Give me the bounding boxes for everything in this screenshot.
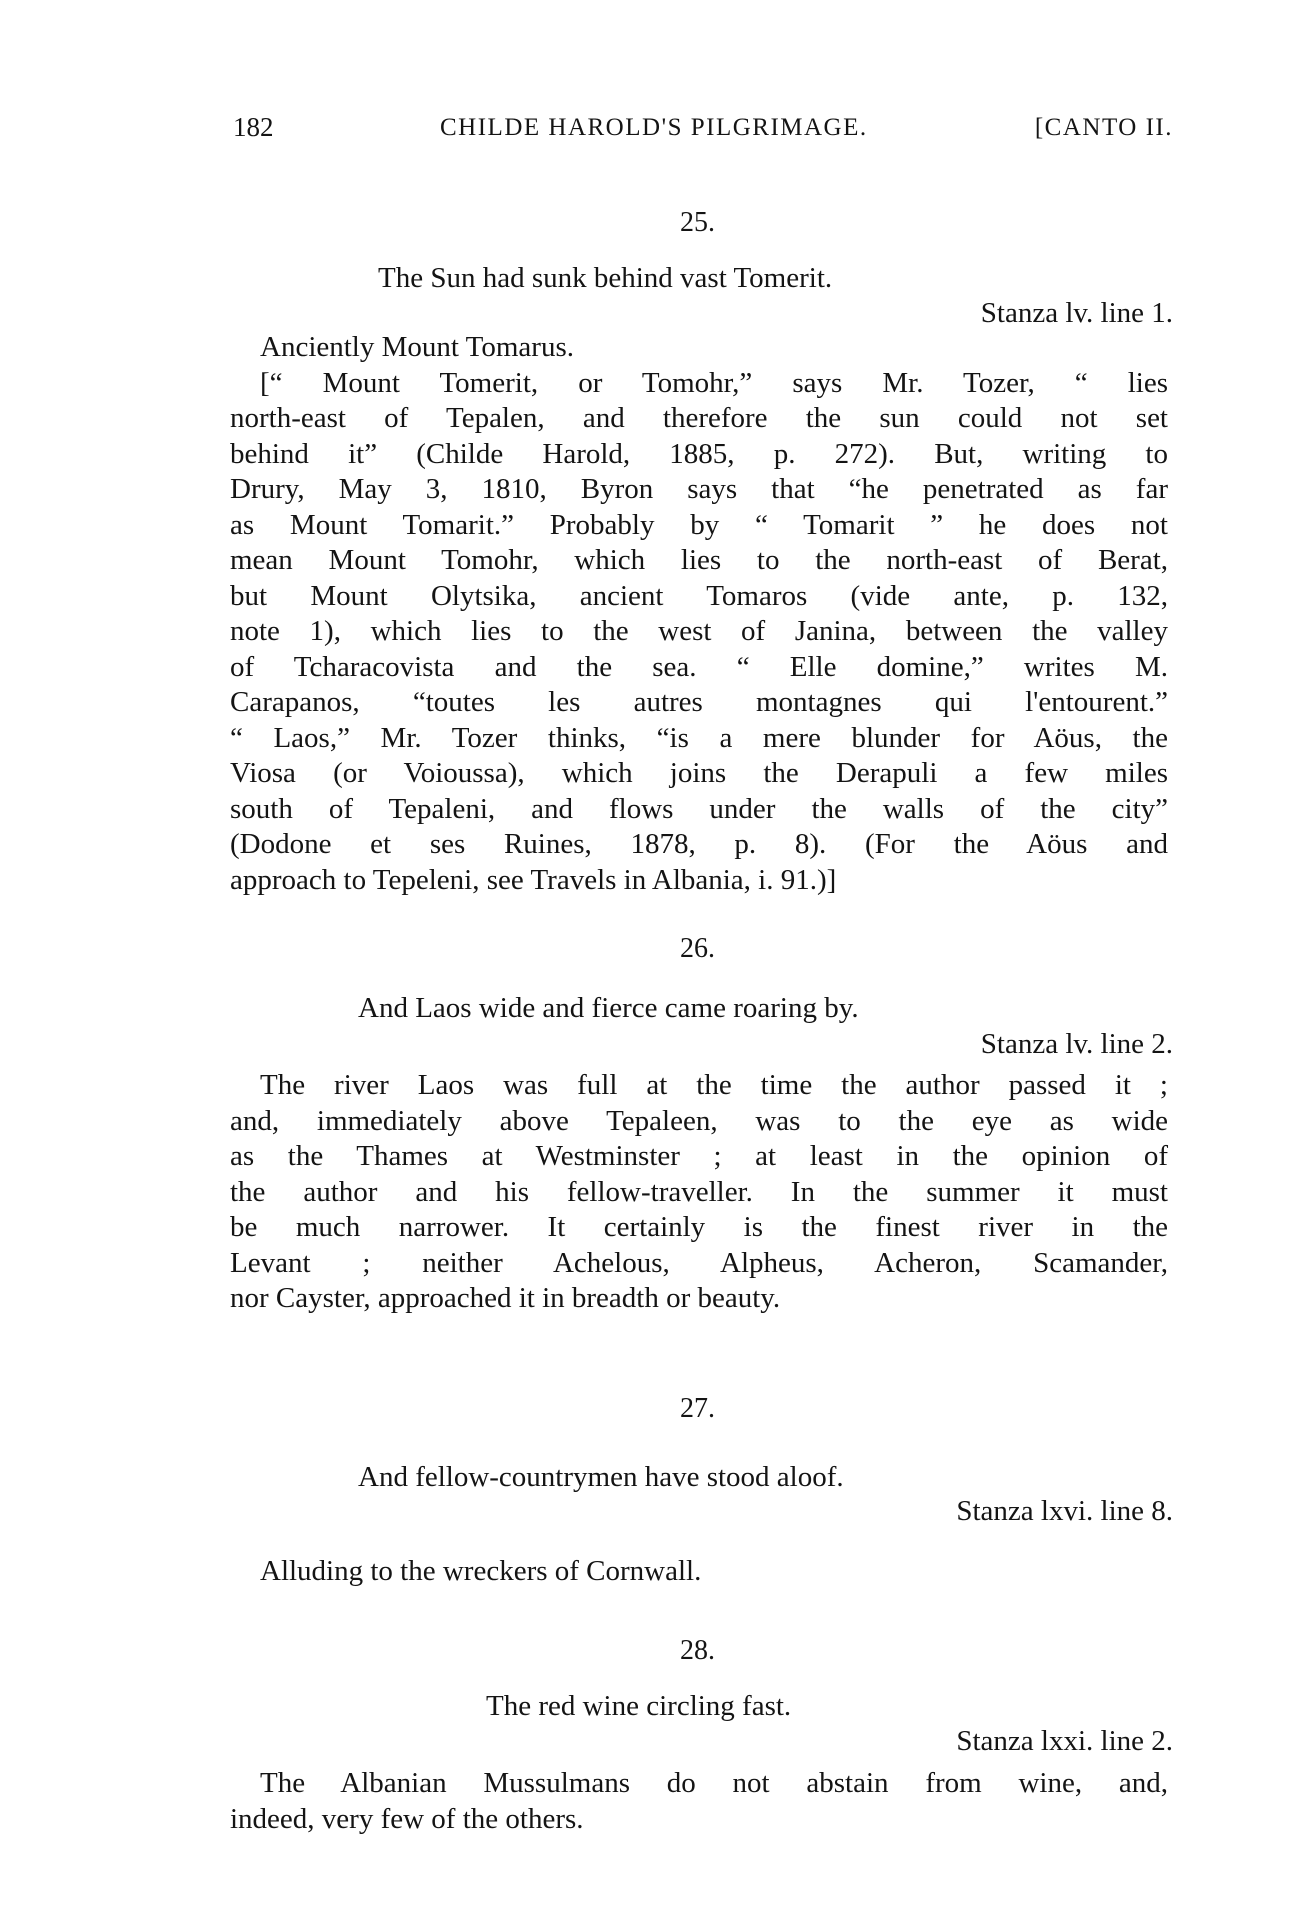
note-body: Alluding to the wreckers of Cornwall. [230, 1554, 1168, 1590]
note-number: 28. [0, 1635, 1307, 1667]
text-line: “ Laos,” Mr. Tozer thinks, “is a mere bl… [230, 721, 1168, 757]
text-line: north-east of Tepalen, and therefore the… [230, 401, 1168, 437]
stanza-reference: Stanza lv. line 1. [981, 297, 1173, 330]
text-line: Viosa (or Voioussa), which joins the Der… [230, 756, 1168, 792]
text-line: mean Mount Tomohr, which lies to the nor… [230, 543, 1168, 579]
book-page: 182 CHILDE HAROLD'S PILGRIMAGE. [CANTO I… [0, 0, 1307, 1906]
note-number: 27. [0, 1393, 1307, 1425]
text-line: nor Cayster, approached it in breadth or… [230, 1281, 1168, 1317]
text-line: Carapanos, “toutes les autres montagnes … [230, 685, 1168, 721]
stanza-reference: Stanza lxxi. line 2. [956, 1725, 1173, 1758]
note-body: The river Laos was full at the time the … [230, 1068, 1168, 1317]
text-line: Levant ; neither Achelous, Alpheus, Ache… [230, 1246, 1168, 1282]
page-number: 182 [233, 112, 274, 143]
text-line: but Mount Olytsika, ancient Tomaros (vid… [230, 579, 1168, 615]
section-label: [CANTO II. [1035, 114, 1173, 142]
note-number: 26. [0, 933, 1307, 965]
text-line: indeed, very few of the others. [230, 1802, 1168, 1838]
note-body: Anciently Mount Tomarus. [“ Mount Tomeri… [230, 330, 1168, 898]
text-line: Anciently Mount Tomarus. [230, 330, 1168, 366]
text-line: of Tcharacovista and the sea. “ Elle dom… [230, 650, 1168, 686]
text-line: be much narrower. It certainly is the fi… [230, 1210, 1168, 1246]
verse-quotation: The Sun had sunk behind vast Tomerit. [378, 262, 832, 295]
text-line: as the Thames at Westminster ; at least … [230, 1139, 1168, 1175]
stanza-reference: Stanza lxvi. line 8. [956, 1495, 1173, 1528]
text-line: The river Laos was full at the time the … [230, 1068, 1168, 1104]
running-header: 182 CHILDE HAROLD'S PILGRIMAGE. [CANTO I… [233, 112, 1173, 146]
text-line: and, immediately above Tepaleen, was to … [230, 1104, 1168, 1140]
verse-quotation: And fellow-countrymen have stood aloof. [358, 1461, 844, 1494]
text-line: [“ Mount Tomerit, or Tomohr,” says Mr. T… [230, 366, 1168, 402]
text-line: the author and his fellow-traveller. In … [230, 1175, 1168, 1211]
text-line: south of Tepaleni, and flows under the w… [230, 792, 1168, 828]
verse-quotation: The red wine circling fast. [486, 1690, 791, 1723]
text-line: Drury, May 3, 1810, Byron says that “he … [230, 472, 1168, 508]
text-line: (Dodone et ses Ruines, 1878, p. 8). (For… [230, 827, 1168, 863]
text-line: Alluding to the wreckers of Cornwall. [230, 1554, 1168, 1590]
text-line: approach to Tepeleni, see Travels in Alb… [230, 863, 1168, 899]
text-line: The Albanian Mussulmans do not abstain f… [230, 1766, 1168, 1802]
running-title: CHILDE HAROLD'S PILGRIMAGE. [440, 114, 868, 142]
text-line: as Mount Tomarit.” Probably by “ Tomarit… [230, 508, 1168, 544]
note-body: The Albanian Mussulmans do not abstain f… [230, 1766, 1168, 1837]
text-line: note 1), which lies to the west of Janin… [230, 614, 1168, 650]
verse-quotation: And Laos wide and fierce came roaring by… [358, 992, 859, 1025]
stanza-reference: Stanza lv. line 2. [981, 1028, 1173, 1061]
note-number: 25. [0, 207, 1307, 239]
text-line: behind it” (Childe Harold, 1885, p. 272)… [230, 437, 1168, 473]
